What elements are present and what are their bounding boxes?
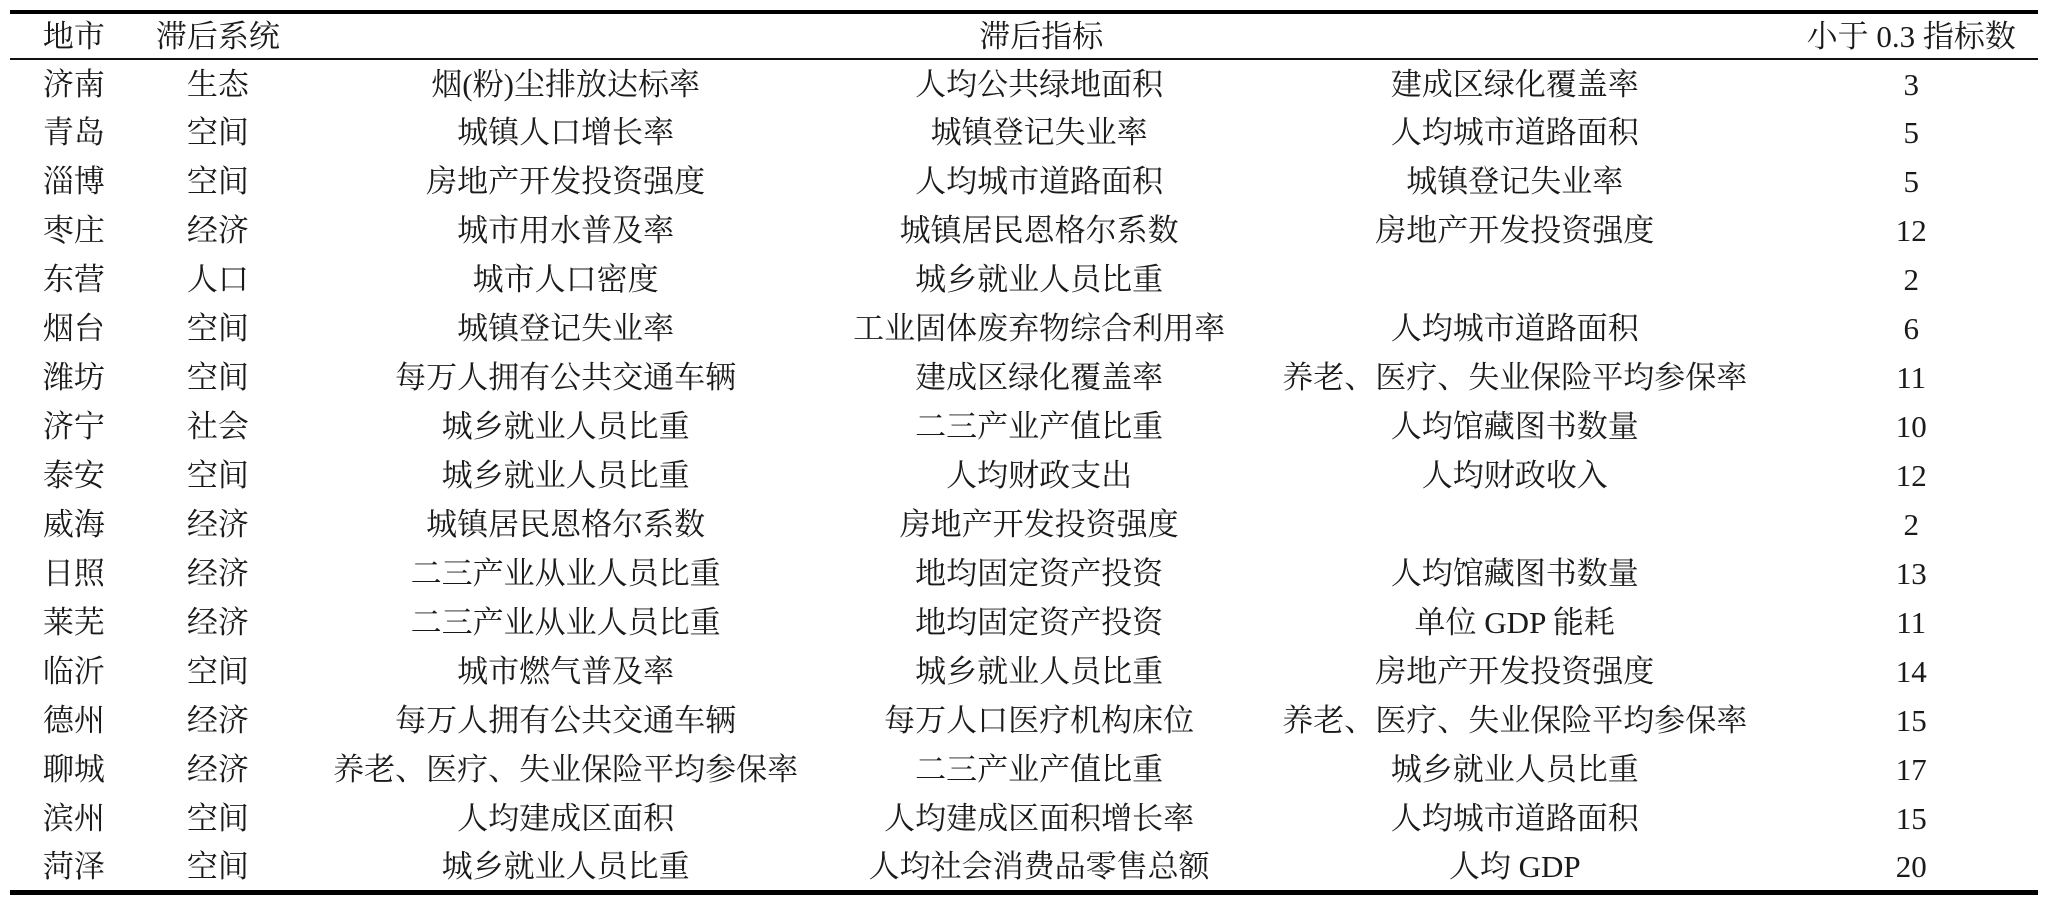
indicator1-cell: 房地产开发投资强度 (298, 157, 833, 206)
system-cell: 经济 (138, 745, 298, 794)
system-cell: 人口 (138, 255, 298, 304)
indicator1-cell: 每万人拥有公共交通车辆 (298, 353, 833, 402)
table-header: 地市 滞后系统 滞后指标 小于 0.3 指标数 (10, 12, 2038, 59)
table-row: 德州 经济 每万人拥有公共交通车辆 每万人口医疗机构床位 养老、医疗、失业保险平… (10, 696, 2038, 745)
city-cell: 济宁 (10, 402, 138, 451)
indicator3-cell: 人均城市道路面积 (1245, 794, 1784, 843)
count-cell: 11 (1784, 598, 2038, 647)
indicator2-cell: 人均社会消费品零售总额 (833, 843, 1245, 892)
indicator2-cell: 地均固定资产投资 (833, 598, 1245, 647)
system-cell: 空间 (138, 647, 298, 696)
table-row: 青岛 空间 城镇人口增长率 城镇登记失业率 人均城市道路面积 5 (10, 108, 2038, 157)
indicator3-cell: 养老、医疗、失业保险平均参保率 (1245, 353, 1784, 402)
count-cell: 10 (1784, 402, 2038, 451)
city-cell: 威海 (10, 500, 138, 549)
system-cell: 社会 (138, 402, 298, 451)
system-cell: 经济 (138, 696, 298, 745)
indicator1-cell: 二三产业从业人员比重 (298, 549, 833, 598)
indicator3-cell: 人均 GDP (1245, 843, 1784, 892)
header-indicators: 滞后指标 (298, 12, 1785, 59)
indicator2-cell: 房地产开发投资强度 (833, 500, 1245, 549)
table-row: 临沂 空间 城市燃气普及率 城乡就业人员比重 房地产开发投资强度 14 (10, 647, 2038, 696)
count-cell: 3 (1784, 59, 2038, 108)
system-cell: 空间 (138, 843, 298, 892)
table-row: 滨州 空间 人均建成区面积 人均建成区面积增长率 人均城市道路面积 15 (10, 794, 2038, 843)
table-body: 济南 生态 烟(粉)尘排放达标率 人均公共绿地面积 建成区绿化覆盖率 3 青岛 … (10, 59, 2038, 892)
table-row: 菏泽 空间 城乡就业人员比重 人均社会消费品零售总额 人均 GDP 20 (10, 843, 2038, 892)
indicator1-cell: 城市用水普及率 (298, 206, 833, 255)
system-cell: 经济 (138, 206, 298, 255)
system-cell: 空间 (138, 451, 298, 500)
indicator3-cell: 人均财政收入 (1245, 451, 1784, 500)
indicator3-cell (1245, 500, 1784, 549)
system-cell: 经济 (138, 500, 298, 549)
city-cell: 滨州 (10, 794, 138, 843)
table-row: 日照 经济 二三产业从业人员比重 地均固定资产投资 人均馆藏图书数量 13 (10, 549, 2038, 598)
table-row: 济宁 社会 城乡就业人员比重 二三产业产值比重 人均馆藏图书数量 10 (10, 402, 2038, 451)
count-cell: 12 (1784, 451, 2038, 500)
city-cell: 菏泽 (10, 843, 138, 892)
table-row: 泰安 空间 城乡就业人员比重 人均财政支出 人均财政收入 12 (10, 451, 2038, 500)
indicator3-cell: 人均馆藏图书数量 (1245, 402, 1784, 451)
indicator3-cell: 人均馆藏图书数量 (1245, 549, 1784, 598)
count-cell: 6 (1784, 304, 2038, 353)
city-cell: 淄博 (10, 157, 138, 206)
count-cell: 17 (1784, 745, 2038, 794)
table-row: 枣庄 经济 城市用水普及率 城镇居民恩格尔系数 房地产开发投资强度 12 (10, 206, 2038, 255)
count-cell: 13 (1784, 549, 2038, 598)
indicator2-cell: 人均建成区面积增长率 (833, 794, 1245, 843)
indicator2-cell: 城乡就业人员比重 (833, 255, 1245, 304)
indicator1-cell: 城市人口密度 (298, 255, 833, 304)
indicator3-cell: 人均城市道路面积 (1245, 304, 1784, 353)
indicator1-cell: 每万人拥有公共交通车辆 (298, 696, 833, 745)
table-row: 烟台 空间 城镇登记失业率 工业固体废弃物综合利用率 人均城市道路面积 6 (10, 304, 2038, 353)
indicator2-cell: 城镇登记失业率 (833, 108, 1245, 157)
indicator2-cell: 工业固体废弃物综合利用率 (833, 304, 1245, 353)
header-system: 滞后系统 (138, 12, 298, 59)
indicator2-cell: 二三产业产值比重 (833, 745, 1245, 794)
count-cell: 5 (1784, 108, 2038, 157)
indicator2-cell: 二三产业产值比重 (833, 402, 1245, 451)
header-row: 地市 滞后系统 滞后指标 小于 0.3 指标数 (10, 12, 2038, 59)
count-cell: 14 (1784, 647, 2038, 696)
indicator1-cell: 城镇登记失业率 (298, 304, 833, 353)
count-cell: 2 (1784, 500, 2038, 549)
city-cell: 青岛 (10, 108, 138, 157)
header-count: 小于 0.3 指标数 (1784, 12, 2038, 59)
indicator3-cell (1245, 255, 1784, 304)
city-cell: 日照 (10, 549, 138, 598)
count-cell: 5 (1784, 157, 2038, 206)
table-row: 淄博 空间 房地产开发投资强度 人均城市道路面积 城镇登记失业率 5 (10, 157, 2038, 206)
indicator2-cell: 人均城市道路面积 (833, 157, 1245, 206)
indicator3-cell: 房地产开发投资强度 (1245, 206, 1784, 255)
indicator2-cell: 城镇居民恩格尔系数 (833, 206, 1245, 255)
indicator1-cell: 城乡就业人员比重 (298, 843, 833, 892)
indicator3-cell: 人均城市道路面积 (1245, 108, 1784, 157)
indicator1-cell: 二三产业从业人员比重 (298, 598, 833, 647)
indicator1-cell: 城镇人口增长率 (298, 108, 833, 157)
indicator2-cell: 地均固定资产投资 (833, 549, 1245, 598)
indicator3-cell: 城镇登记失业率 (1245, 157, 1784, 206)
city-cell: 枣庄 (10, 206, 138, 255)
indicator1-cell: 城乡就业人员比重 (298, 402, 833, 451)
system-cell: 经济 (138, 549, 298, 598)
table-row: 莱芜 经济 二三产业从业人员比重 地均固定资产投资 单位 GDP 能耗 11 (10, 598, 2038, 647)
table-row: 济南 生态 烟(粉)尘排放达标率 人均公共绿地面积 建成区绿化覆盖率 3 (10, 59, 2038, 108)
indicator1-cell: 烟(粉)尘排放达标率 (298, 59, 833, 108)
table-row: 东营 人口 城市人口密度 城乡就业人员比重 2 (10, 255, 2038, 304)
system-cell: 空间 (138, 353, 298, 402)
system-cell: 生态 (138, 59, 298, 108)
count-cell: 15 (1784, 696, 2038, 745)
count-cell: 20 (1784, 843, 2038, 892)
indicator3-cell: 城乡就业人员比重 (1245, 745, 1784, 794)
system-cell: 空间 (138, 157, 298, 206)
indicator1-cell: 城镇居民恩格尔系数 (298, 500, 833, 549)
system-cell: 空间 (138, 108, 298, 157)
system-cell: 空间 (138, 794, 298, 843)
indicator3-cell: 建成区绿化覆盖率 (1245, 59, 1784, 108)
city-cell: 烟台 (10, 304, 138, 353)
system-cell: 空间 (138, 304, 298, 353)
city-cell: 聊城 (10, 745, 138, 794)
lagging-indicators-table: 地市 滞后系统 滞后指标 小于 0.3 指标数 济南 生态 烟(粉)尘排放达标率… (10, 10, 2038, 895)
indicator1-cell: 城市燃气普及率 (298, 647, 833, 696)
indicator3-cell: 养老、医疗、失业保险平均参保率 (1245, 696, 1784, 745)
city-cell: 临沂 (10, 647, 138, 696)
indicator2-cell: 建成区绿化覆盖率 (833, 353, 1245, 402)
indicator1-cell: 养老、医疗、失业保险平均参保率 (298, 745, 833, 794)
indicator3-cell: 单位 GDP 能耗 (1245, 598, 1784, 647)
count-cell: 2 (1784, 255, 2038, 304)
indicator2-cell: 人均财政支出 (833, 451, 1245, 500)
count-cell: 12 (1784, 206, 2038, 255)
indicator2-cell: 人均公共绿地面积 (833, 59, 1245, 108)
count-cell: 11 (1784, 353, 2038, 402)
count-cell: 15 (1784, 794, 2038, 843)
indicator2-cell: 每万人口医疗机构床位 (833, 696, 1245, 745)
city-cell: 济南 (10, 59, 138, 108)
indicator3-cell: 房地产开发投资强度 (1245, 647, 1784, 696)
table-row: 聊城 经济 养老、医疗、失业保险平均参保率 二三产业产值比重 城乡就业人员比重 … (10, 745, 2038, 794)
indicator1-cell: 城乡就业人员比重 (298, 451, 833, 500)
indicator2-cell: 城乡就业人员比重 (833, 647, 1245, 696)
city-cell: 德州 (10, 696, 138, 745)
indicator1-cell: 人均建成区面积 (298, 794, 833, 843)
system-cell: 经济 (138, 598, 298, 647)
table-row: 威海 经济 城镇居民恩格尔系数 房地产开发投资强度 2 (10, 500, 2038, 549)
header-city: 地市 (10, 12, 138, 59)
city-cell: 东营 (10, 255, 138, 304)
city-cell: 泰安 (10, 451, 138, 500)
table-row: 潍坊 空间 每万人拥有公共交通车辆 建成区绿化覆盖率 养老、医疗、失业保险平均参… (10, 353, 2038, 402)
city-cell: 莱芜 (10, 598, 138, 647)
city-cell: 潍坊 (10, 353, 138, 402)
